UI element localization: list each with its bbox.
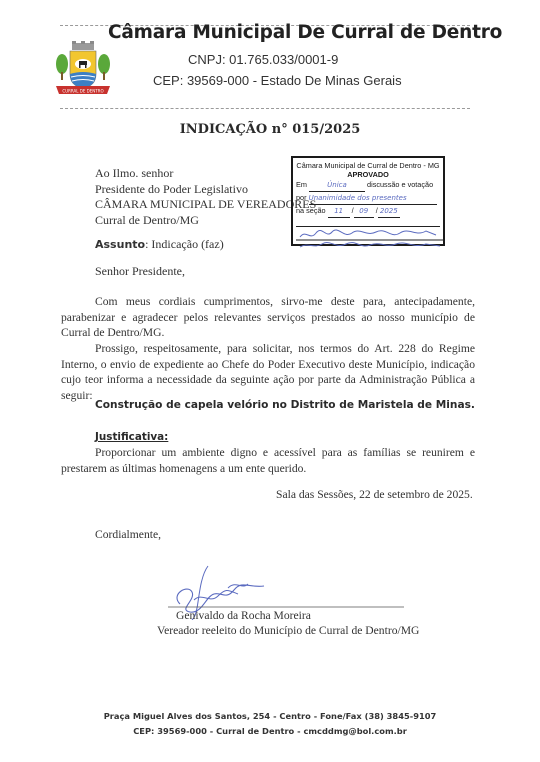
place-date: Sala das Sessões, 22 de setembro de 2025… xyxy=(276,487,473,503)
signer-role: Vereador reeleito do Município de Curral… xyxy=(157,623,419,639)
justification-label: Justificativa: xyxy=(95,431,168,443)
header-bottom-divider xyxy=(60,108,470,109)
stamp-session-label: na seção xyxy=(296,206,326,215)
justification-text: Proporcionar um ambiente digno e acessív… xyxy=(61,445,475,476)
stamp-handwritten-signatures-icon xyxy=(296,227,444,251)
addressee-line: Ao Ilmo. senhor xyxy=(95,166,316,182)
stamp-session-month: 09 xyxy=(354,206,374,218)
paragraph-greeting: Com meus cordiais cumprimentos, sirvo-me… xyxy=(61,294,475,341)
footer-contact: CEP: 39569-000 - Curral de Dentro - cmcd… xyxy=(0,726,540,736)
svg-text:CURRAL DE DENTRO: CURRAL DE DENTRO xyxy=(62,89,103,94)
cep-state-text: CEP: 39569-000 - Estado De Minas Gerais xyxy=(153,73,402,88)
subject-line: Assunto: Indicação (faz) xyxy=(95,237,224,253)
stamp-por-row: por Unanimidade dos presentes xyxy=(296,192,440,205)
stamp-session-day: 11 xyxy=(328,206,350,218)
institution-name: Câmara Municipal De Curral de Dentro xyxy=(108,22,468,43)
stamp-status: APROVADO xyxy=(296,171,440,179)
addressee-block: Ao Ilmo. senhor Presidente do Poder Legi… xyxy=(95,166,316,228)
stamp-signature-line xyxy=(296,218,440,227)
coat-of-arms-icon: CURRAL DE DENTRO xyxy=(52,40,114,96)
addressee-line: Curral de Dentro/MG xyxy=(95,213,316,229)
stamp-por-value: Unanimidade dos presentes xyxy=(309,193,437,205)
document-title: INDICAÇÃO n° 015/2025 xyxy=(0,122,540,137)
salutation: Senhor Presidente, xyxy=(95,264,185,280)
signer-name: Genivaldo da Rocha Moreira xyxy=(176,608,311,624)
stamp-session-year: 2025 xyxy=(378,206,400,218)
footer-address: Praça Miguel Alves dos Santos, 254 - Cen… xyxy=(0,711,540,721)
paragraph-request: Prossigo, respeitosamente, para solicita… xyxy=(61,341,475,403)
cnpj-text: CNPJ: 01.765.033/0001-9 xyxy=(188,52,338,67)
stamp-em-label: Em xyxy=(296,180,307,189)
subject-value: : Indicação (faz) xyxy=(145,237,224,251)
approval-stamp: Câmara Municipal de Curral de Dentro - M… xyxy=(291,156,445,246)
municipal-logo: CURRAL DE DENTRO xyxy=(52,40,114,96)
stamp-discussion-label: discussão e votação xyxy=(367,180,433,189)
stamp-por-label: por xyxy=(296,193,307,202)
stamp-session-row: na seção 11 /09 /2025 xyxy=(296,205,440,218)
stamp-em-value: Única xyxy=(309,180,365,192)
requested-action: Construção de capela velório no Distrito… xyxy=(95,399,475,411)
closing: Cordialmente, xyxy=(95,527,161,543)
addressee-line: CÂMARA MUNICIPAL DE VEREADORES xyxy=(95,197,316,213)
subject-label: Assunto xyxy=(95,238,145,251)
addressee-line: Presidente do Poder Legislativo xyxy=(95,182,316,198)
stamp-em-row: Em Única discussão e votação xyxy=(296,179,440,192)
